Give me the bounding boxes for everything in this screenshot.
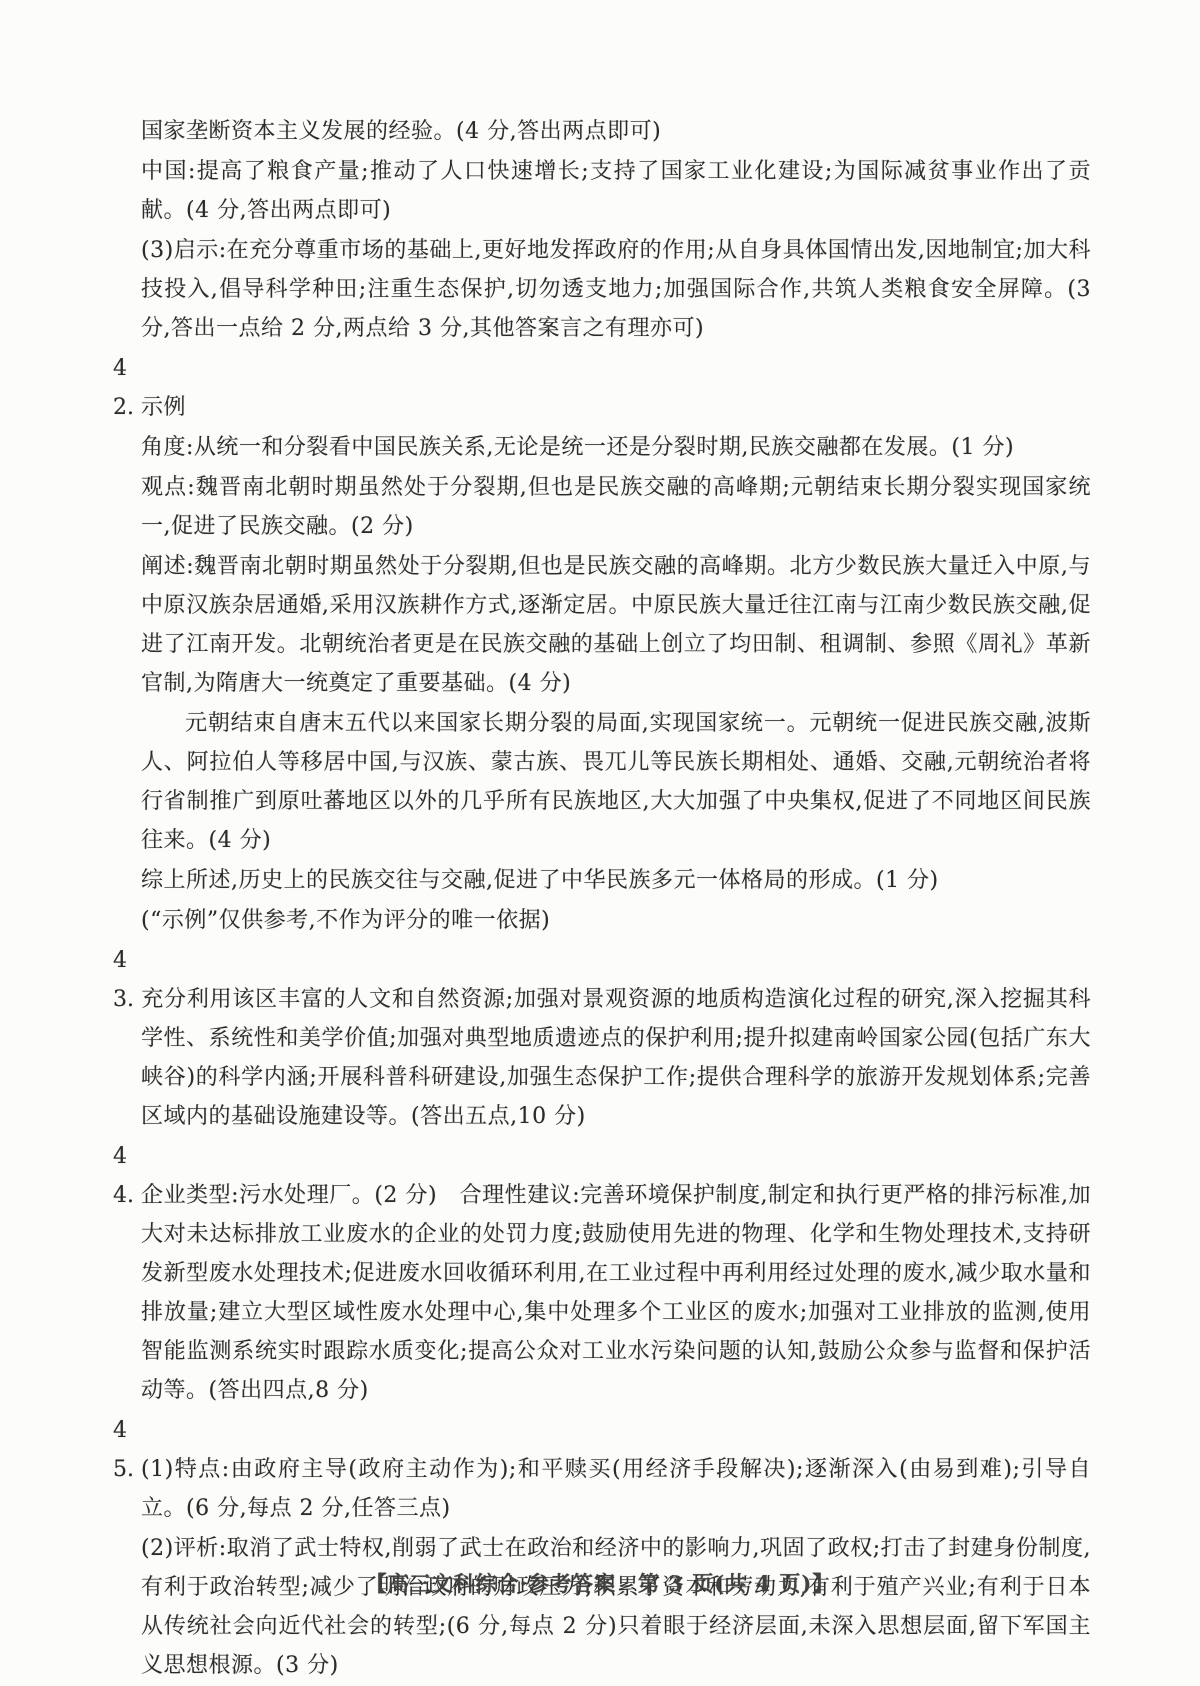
answers-body: 国家垄断资本主义发展的经验。(4 分,答出两点即可) 中国:提高了粮食产量;推动… [113,112,1091,1686]
q45-part2-answer: (2)评析:取消了武士特权,削弱了武士在政治和经济中的影响力,巩固了政权;打击了… [113,1529,1091,1685]
q44-answer-text: 企业类型:污水处理厂。(2 分) 合理性建议:完善环境保护制度,制定和执行更严格… [141,1183,1091,1403]
q41-part3-insight-answer: (3)启示:在充分尊重市场的基础上,更好地发挥政府的作用;从自身具体国情出发,因… [113,231,1091,348]
q42-elaboration-weijin-paragraph: 阐述:魏晋南北朝时期虽然处于分裂期,但也是民族交融的高峰期。北方少数民族大量迁入… [113,547,1091,703]
q42-viewpoint-paragraph: 观点:魏晋南北朝时期虽然处于分裂期,但也是民族交融的高峰期;元朝结束长期分裂实现… [113,468,1091,546]
q45-question-number: 45. [113,1411,141,1489]
q44-answer-paragraph: 44.企业类型:污水处理厂。(2 分) 合理性建议:完善环境保护制度,制定和执行… [113,1137,1091,1410]
q42-angle-paragraph: 角度:从统一和分裂看中国民族关系,无论是统一还是分裂时期,民族交融都在发展。(1… [113,428,1091,467]
q43-question-number: 43. [113,941,141,1019]
q41-point-continuation: 国家垄断资本主义发展的经验。(4 分,答出两点即可) [113,112,1091,151]
q44-question-number: 44. [113,1137,141,1215]
q45-part1-answer: 45.(1)特点:由政府主导(政府主动作为);和平赎买(用经济手段解决);逐渐深… [113,1411,1091,1528]
q42-conclusion-paragraph: 综上所述,历史上的民族交往与交融,促进了中华民族多元一体格局的形成。(1 分) [113,861,1091,900]
q42-scoring-note-paragraph: (“示例”仅供参考,不作为评分的唯一依据) [113,901,1091,940]
q43-answer-paragraph: 43.充分利用该区丰富的人文和自然资源;加强对景观资源的地质构造演化过程的研究,… [113,941,1091,1136]
page-footer: 【高三文科综合·参考答案 第 3 页(共 4 页)】 [0,1568,1200,1598]
q45-part1-text: (1)特点:由政府主导(政府主动作为);和平赎买(用经济手段解决);逐渐深入(由… [141,1457,1091,1521]
q41-china-contribution-answer: 中国:提高了粮食产量;推动了人口快速增长;支持了国家工业化建设;为国际减贫事业作… [113,152,1091,230]
q42-question-number: 42. [113,349,141,427]
q42-elaboration-yuan-paragraph: 元朝结束自唐末五代以来国家长期分裂的局面,实现国家统一。元朝统一促进民族交融,波… [113,704,1091,860]
q42-example-label: 示例 [141,395,186,420]
scanned-answer-key-page: 国家垄断资本主义发展的经验。(4 分,答出两点即可) 中国:提高了粮食产量;推动… [0,0,1200,1686]
q42-answer-heading: 42.示例 [113,349,1091,427]
q43-answer-text: 充分利用该区丰富的人文和自然资源;加强对景观资源的地质构造演化过程的研究,深入挖… [141,987,1091,1129]
